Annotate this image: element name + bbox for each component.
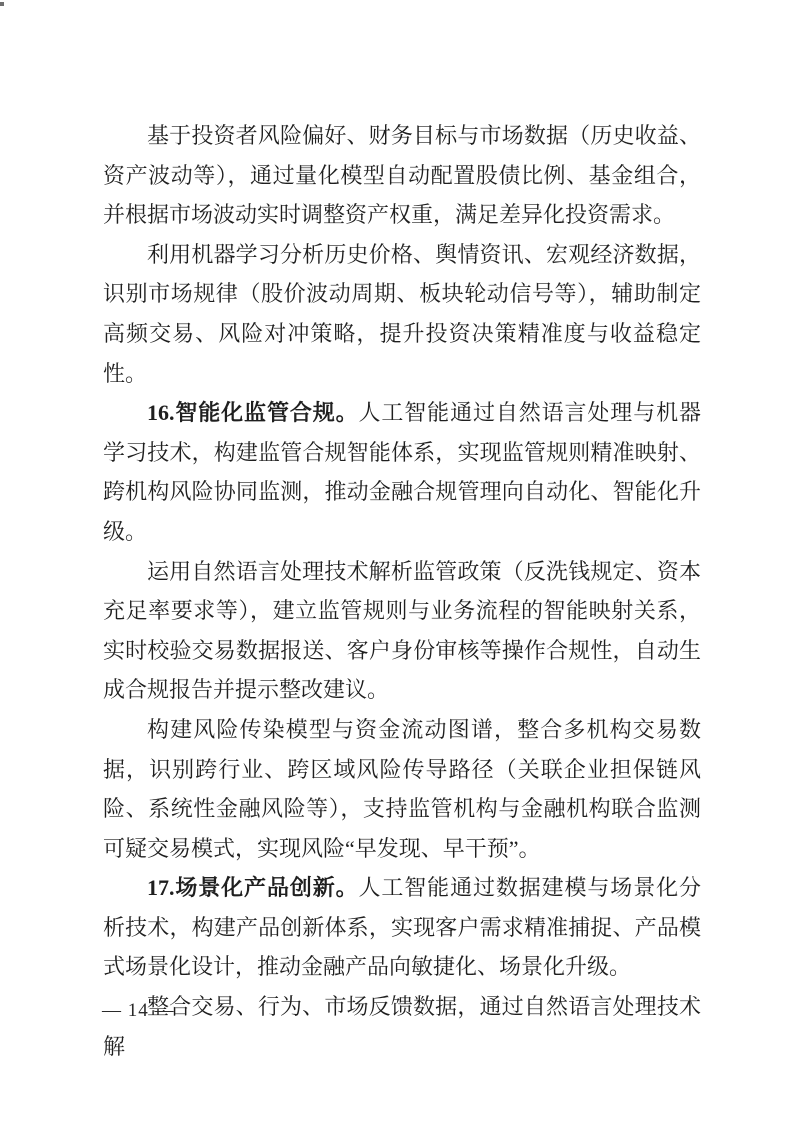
numbered-item-heading: 16.智能化监管合规。 (147, 400, 359, 425)
numbered-item-16: 16.智能化监管合规。人工智能通过自然语言处理与机器学习技术，构建监管合规智能体… (103, 393, 701, 551)
document-page: 基于投资者风险偏好、财务目标与市场数据（历史收益、资产波动等），通过量化模型自动… (0, 0, 794, 1123)
numbered-item-17: 17.场景化产品创新。人工智能通过数据建模与场景化分析技术，构建产品创新体系，实… (103, 868, 701, 987)
scan-artifact (0, 2, 4, 6)
paragraph-text: 运用自然语言处理技术解析监管政策（反洗钱规定、资本充足率要求等），建立监管规则与… (103, 559, 701, 703)
paragraph-text: 利用机器学习分析历史价格、舆情资讯、宏观经济数据，识别市场规律（股价波动周期、板… (103, 242, 701, 386)
paragraph-text: 构建风险传染模型与资金流动图谱，整合多机构交易数据，识别跨行业、跨区域风险传导路… (103, 717, 701, 861)
paragraph-text: 整合交易、行为、市场反馈数据，通过自然语言处理技术解 (103, 994, 701, 1059)
paragraph: 整合交易、行为、市场反馈数据，通过自然语言处理技术解 (103, 987, 701, 1066)
paragraph: 基于投资者风险偏好、财务目标与市场数据（历史收益、资产波动等），通过量化模型自动… (103, 116, 701, 235)
paragraph: 利用机器学习分析历史价格、舆情资讯、宏观经济数据，识别市场规律（股价波动周期、板… (103, 235, 701, 393)
page-number: — 14 — (102, 1000, 175, 1022)
paragraph-text: 基于投资者风险偏好、财务目标与市场数据（历史收益、资产波动等），通过量化模型自动… (103, 123, 701, 227)
document-body: 基于投资者风险偏好、财务目标与市场数据（历史收益、资产波动等），通过量化模型自动… (103, 116, 701, 1066)
paragraph: 运用自然语言处理技术解析监管政策（反洗钱规定、资本充足率要求等），建立监管规则与… (103, 552, 701, 710)
numbered-item-heading: 17.场景化产品创新。 (147, 875, 359, 900)
paragraph: 构建风险传染模型与资金流动图谱，整合多机构交易数据，识别跨行业、跨区域风险传导路… (103, 710, 701, 868)
